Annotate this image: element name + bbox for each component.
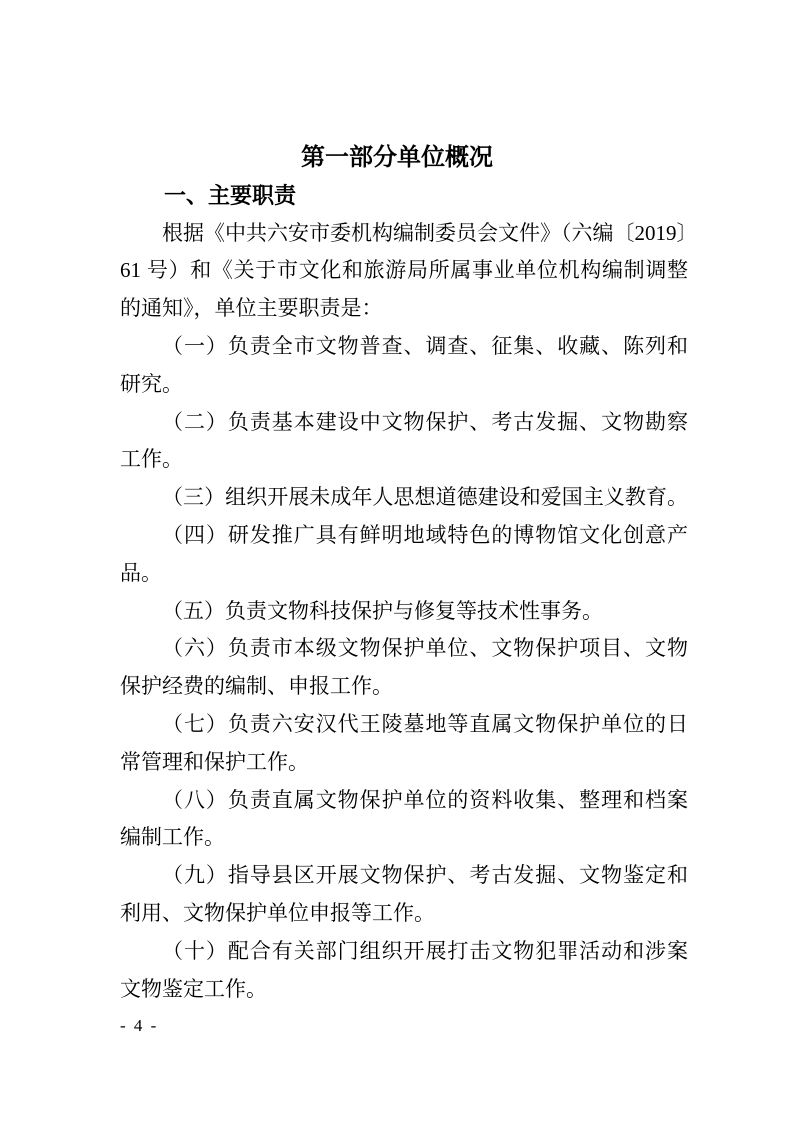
body-line: 根据《中共六安市委机构编制委员会文件》（六编〔2019〕 [120,215,688,253]
body-line: （一）负责全市文物普查、调查、征集、收藏、陈列和 [120,328,688,366]
body-line: （六）负责市本级文物保护单位、文物保护项目、文物 [120,630,688,668]
document-body: 第一部分单位概况 一、主要职责 根据《中共六安市委机构编制委员会文件》（六编〔2… [120,139,688,1008]
body-line: 研究。 [120,366,688,404]
body-line: （五）负责文物科技保护与修复等技术性事务。 [120,593,688,631]
body-line: 编制工作。 [120,819,688,857]
body-line: （四）研发推广具有鲜明地域特色的博物馆文化创意产 [120,517,688,555]
page-number: - 4 - [120,1016,158,1036]
body-line: 的通知》，单位主要职责是： [120,290,688,328]
body-line: 品。 [120,555,688,593]
body-line: （八）负责直属文物保护单位的资料收集、整理和档案 [120,782,688,820]
section-heading: 一、主要职责 [120,177,688,215]
document-page: 第一部分单位概况 一、主要职责 根据《中共六安市委机构编制委员会文件》（六编〔2… [0,0,793,1122]
body-line: （九）指导县区开展文物保护、考古发掘、文物鉴定和 [120,857,688,895]
body-line: 61 号）和《关于市文化和旅游局所属事业单位机构编制调整 [120,252,688,290]
body-line: 保护经费的编制、申报工作。 [120,668,688,706]
body-line: 常管理和保护工作。 [120,744,688,782]
body-line: （十）配合有关部门组织开展打击文物犯罪活动和涉案 [120,933,688,971]
body-line: 文物鉴定工作。 [120,971,688,1009]
body-line: 工作。 [120,441,688,479]
body-line: 利用、文物保护单位申报等工作。 [120,895,688,933]
body-line: （三）组织开展未成年人思想道德建设和爱国主义教育。 [120,479,688,517]
page-title: 第一部分单位概况 [106,139,688,177]
body-line: （七）负责六安汉代王陵墓地等直属文物保护单位的日 [120,706,688,744]
body-line: （二）负责基本建设中文物保护、考古发掘、文物勘察 [120,404,688,442]
